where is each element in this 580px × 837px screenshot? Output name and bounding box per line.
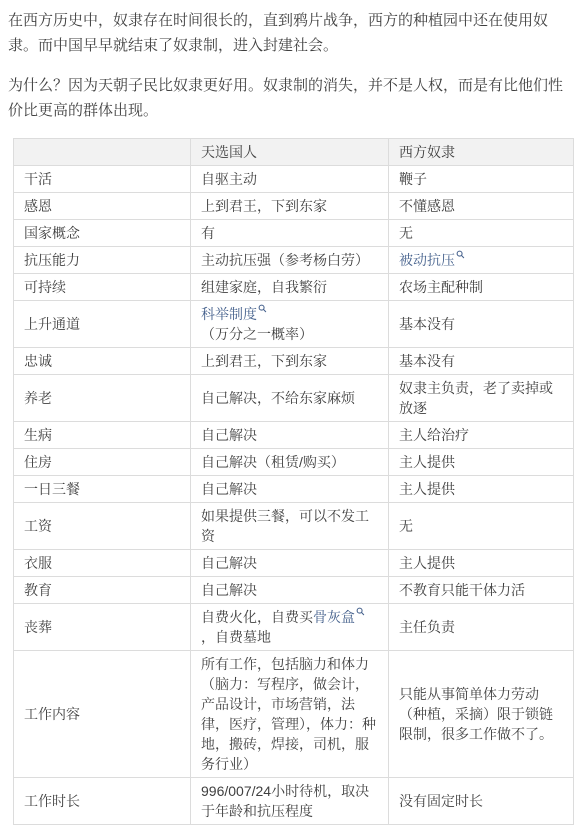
cell-chosen-citizens: 上到君王，下到东家 xyxy=(191,348,389,375)
cell-chosen-citizens: 自己解决（租赁/购买） xyxy=(191,449,389,476)
cell-chosen-citizens: 自己解决 xyxy=(191,577,389,604)
cell-chosen-citizens: 自己解决 xyxy=(191,476,389,503)
cell-text: 主人提供 xyxy=(399,555,455,571)
table-row: 感恩上到君王，下到东家不懂感恩 xyxy=(14,193,574,220)
table-row: 衣服自己解决主人提供 xyxy=(14,550,574,577)
entity-link[interactable]: 科举制度 xyxy=(201,306,267,322)
cell-western-slaves: 没有固定时长 xyxy=(389,778,574,825)
cell-western-slaves: 不懂感恩 xyxy=(389,193,574,220)
cell-chosen-citizens: 有 xyxy=(191,220,389,247)
cell-text: 有 xyxy=(201,225,215,241)
cell-chosen-citizens: 996/007/24小时待机，取决于年龄和抗压程度 xyxy=(191,778,389,825)
row-label: 衣服 xyxy=(14,550,191,577)
cell-western-slaves: 主任负责 xyxy=(389,604,574,651)
table-body: 干活自驱主动鞭子感恩上到君王，下到东家不懂感恩国家概念有无抗压能力主动抗压强（参… xyxy=(14,166,574,825)
cell-western-slaves: 无 xyxy=(389,503,574,550)
search-icon xyxy=(456,250,465,259)
cell-text: 主人给治疗 xyxy=(399,427,469,443)
cell-western-slaves: 主人提供 xyxy=(389,550,574,577)
header-cell-western-slaves: 西方奴隶 xyxy=(389,139,574,166)
cell-text: 所有工作，包括脑力和体力（脑力：写程序，做会计，产品设计，市场营销，法律，医疗，… xyxy=(201,656,376,772)
cell-text: 主人提供 xyxy=(399,454,455,470)
entity-link[interactable]: 骨灰盒 xyxy=(313,609,365,625)
row-label: 可持续 xyxy=(14,274,191,301)
cell-chosen-citizens: 所有工作，包括脑力和体力（脑力：写程序，做会计，产品设计，市场营销，法律，医疗，… xyxy=(191,651,389,778)
table-row: 干活自驱主动鞭子 xyxy=(14,166,574,193)
cell-western-slaves: 主人提供 xyxy=(389,449,574,476)
cell-western-slaves: 主人提供 xyxy=(389,476,574,503)
intro-paragraph-1: 在西方历史中，奴隶存在时间很长的，直到鸦片战争，西方的种植园中还在使用奴隶。而中… xyxy=(8,8,572,58)
cell-text: 没有固定时长 xyxy=(399,793,483,809)
comparison-table: 天选国人 西方奴隶 干活自驱主动鞭子感恩上到君王，下到东家不懂感恩国家概念有无抗… xyxy=(13,138,574,825)
row-label: 感恩 xyxy=(14,193,191,220)
cell-chosen-citizens: 自己解决 xyxy=(191,422,389,449)
cell-text: 不教育只能干体力活 xyxy=(399,582,525,598)
cell-text: 自己解决（租赁/购买） xyxy=(201,454,345,470)
row-label: 干活 xyxy=(14,166,191,193)
table-row: 丧葬自费火化，自费买骨灰盒，自费墓地主任负责 xyxy=(14,604,574,651)
cell-text: 奴隶主负责，老了卖掉或放逐 xyxy=(399,380,553,416)
cell-chosen-citizens: 如果提供三餐，可以不发工资 xyxy=(191,503,389,550)
cell-western-slaves: 不教育只能干体力活 xyxy=(389,577,574,604)
cell-text: 自己解决 xyxy=(201,427,257,443)
cell-text: 组建家庭，自我繁衍 xyxy=(201,279,327,295)
row-label: 国家概念 xyxy=(14,220,191,247)
cell-text: 自驱主动 xyxy=(201,171,257,187)
cell-chosen-citizens: 上到君王，下到东家 xyxy=(191,193,389,220)
cell-western-slaves: 基本没有 xyxy=(389,348,574,375)
table-row: 养老自己解决，不给东家麻烦奴隶主负责，老了卖掉或放逐 xyxy=(14,375,574,422)
cell-text: 主任负责 xyxy=(399,619,455,635)
table-row: 可持续组建家庭，自我繁衍农场主配种制 xyxy=(14,274,574,301)
cell-western-slaves: 无 xyxy=(389,220,574,247)
cell-text: 主人提供 xyxy=(399,481,455,497)
table-row: 一日三餐自己解决主人提供 xyxy=(14,476,574,503)
row-label: 教育 xyxy=(14,577,191,604)
cell-text: 只能从事简单体力劳动（种植，采摘）限于锁链限制，很多工作做不了。 xyxy=(399,686,553,742)
cell-western-slaves: 基本没有 xyxy=(389,301,574,348)
cell-western-slaves: 农场主配种制 xyxy=(389,274,574,301)
cell-text: 不懂感恩 xyxy=(399,198,455,214)
cell-text: ，自费墓地 xyxy=(201,629,271,645)
cell-western-slaves: 鞭子 xyxy=(389,166,574,193)
table-row: 上升通道科举制度（万分之一概率）基本没有 xyxy=(14,301,574,348)
table-row: 住房自己解决（租赁/购买）主人提供 xyxy=(14,449,574,476)
cell-text: 自己解决 xyxy=(201,555,257,571)
cell-text: 农场主配种制 xyxy=(399,279,483,295)
cell-text: 无 xyxy=(399,518,413,534)
cell-western-slaves: 被动抗压 xyxy=(389,247,574,274)
header-cell-chosen-citizens: 天选国人 xyxy=(191,139,389,166)
row-label: 忠诚 xyxy=(14,348,191,375)
cell-text: 主动抗压强（参考杨白劳） xyxy=(201,252,369,268)
cell-text: （万分之一概率） xyxy=(201,326,313,342)
cell-text: 自己解决 xyxy=(201,481,257,497)
table-row: 抗压能力主动抗压强（参考杨白劳）被动抗压 xyxy=(14,247,574,274)
cell-western-slaves: 只能从事简单体力劳动（种植，采摘）限于锁链限制，很多工作做不了。 xyxy=(389,651,574,778)
row-label: 抗压能力 xyxy=(14,247,191,274)
cell-text: 基本没有 xyxy=(399,316,455,332)
cell-text: 鞭子 xyxy=(399,171,427,187)
cell-western-slaves: 奴隶主负责，老了卖掉或放逐 xyxy=(389,375,574,422)
cell-text: 自己解决，不给东家麻烦 xyxy=(201,390,355,406)
cell-chosen-citizens: 组建家庭，自我繁衍 xyxy=(191,274,389,301)
cell-chosen-citizens: 自己解决，不给东家麻烦 xyxy=(191,375,389,422)
cell-text: 无 xyxy=(399,225,413,241)
cell-text: 上到君王，下到东家 xyxy=(201,353,327,369)
row-label: 养老 xyxy=(14,375,191,422)
table-row: 忠诚上到君王，下到东家基本没有 xyxy=(14,348,574,375)
cell-chosen-citizens: 主动抗压强（参考杨白劳） xyxy=(191,247,389,274)
cell-text: 996/007/24小时待机，取决于年龄和抗压程度 xyxy=(201,783,369,819)
cell-text: 基本没有 xyxy=(399,353,455,369)
table-row: 工作内容所有工作，包括脑力和体力（脑力：写程序，做会计，产品设计，市场营销，法律… xyxy=(14,651,574,778)
row-label: 住房 xyxy=(14,449,191,476)
article-page: 在西方历史中，奴隶存在时间很长的，直到鸦片战争，西方的种植园中还在使用奴隶。而中… xyxy=(0,0,580,837)
table-header: 天选国人 西方奴隶 xyxy=(14,139,574,166)
row-label: 丧葬 xyxy=(14,604,191,651)
cell-western-slaves: 主人给治疗 xyxy=(389,422,574,449)
table-row: 教育自己解决不教育只能干体力活 xyxy=(14,577,574,604)
row-label: 工作内容 xyxy=(14,651,191,778)
row-label: 一日三餐 xyxy=(14,476,191,503)
table-row: 工作时长996/007/24小时待机，取决于年龄和抗压程度没有固定时长 xyxy=(14,778,574,825)
cell-text: 如果提供三餐，可以不发工资 xyxy=(201,508,369,544)
cell-chosen-citizens: 科举制度（万分之一概率） xyxy=(191,301,389,348)
search-icon xyxy=(258,304,267,313)
table-row: 国家概念有无 xyxy=(14,220,574,247)
table-row: 工资如果提供三餐，可以不发工资无 xyxy=(14,503,574,550)
cell-text: 自费火化，自费买 xyxy=(201,609,313,625)
cell-text: 自己解决 xyxy=(201,582,257,598)
cell-chosen-citizens: 自驱主动 xyxy=(191,166,389,193)
row-label: 上升通道 xyxy=(14,301,191,348)
table-row: 生病自己解决主人给治疗 xyxy=(14,422,574,449)
intro-paragraph-2: 为什么？因为天朝子民比奴隶更好用。奴隶制的消失，并不是人权，而是有比他们性价比更… xyxy=(8,73,572,123)
row-label: 生病 xyxy=(14,422,191,449)
cell-text: 上到君王，下到东家 xyxy=(201,198,327,214)
table-header-row: 天选国人 西方奴隶 xyxy=(14,139,574,166)
row-label: 工作时长 xyxy=(14,778,191,825)
header-cell-empty xyxy=(14,139,191,166)
entity-link[interactable]: 被动抗压 xyxy=(399,252,465,268)
intro-section: 在西方历史中，奴隶存在时间很长的，直到鸦片战争，西方的种植园中还在使用奴隶。而中… xyxy=(8,8,572,123)
cell-chosen-citizens: 自己解决 xyxy=(191,550,389,577)
row-label: 工资 xyxy=(14,503,191,550)
search-icon xyxy=(356,607,365,616)
cell-chosen-citizens: 自费火化，自费买骨灰盒，自费墓地 xyxy=(191,604,389,651)
